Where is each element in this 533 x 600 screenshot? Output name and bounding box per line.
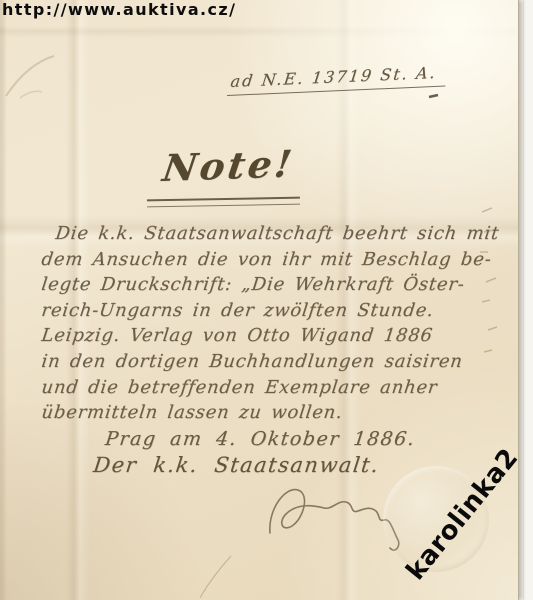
heading-underline [147,197,300,208]
body-line: und die betreffenden Exemplare anher [40,375,518,401]
signature-title: Der k.k. Staatsanwalt. [92,453,381,477]
body-line: dem Ansuchen die von ihr mit Beschlag be… [40,247,518,273]
body-line: Leipzig. Verlag von Otto Wigand 1886 [40,323,518,349]
body-line: in den dortigen Buchhandlungen saisiren [40,349,518,375]
note-heading: Note! [160,141,297,190]
letter-paper: ad N.E. 13719 St. A. Note! Die k.k. Staa… [0,0,519,600]
scanned-letter-photo: ad N.E. 13719 St. A. Note! Die k.k. Staa… [0,0,533,600]
body-line: reich-Ungarns in der zwölften Stunde. [40,298,518,324]
reference-number: ad N.E. 13719 St. A. [227,63,448,96]
watermark-url: http://www.auktiva.cz/ [2,0,236,19]
body-line: legte Druckschrift: „Die Wehrkraft Öster… [40,272,518,298]
body-line: Die k.k. Staatsanwaltschaft beehrt sich … [40,221,518,247]
dateline: Prag am 4. Oktober 1886. [104,428,417,450]
letter-body: Die k.k. Staatsanwaltschaft beehrt sich … [40,221,515,426]
body-line: übermitteln lassen zu wollen. [40,400,518,426]
